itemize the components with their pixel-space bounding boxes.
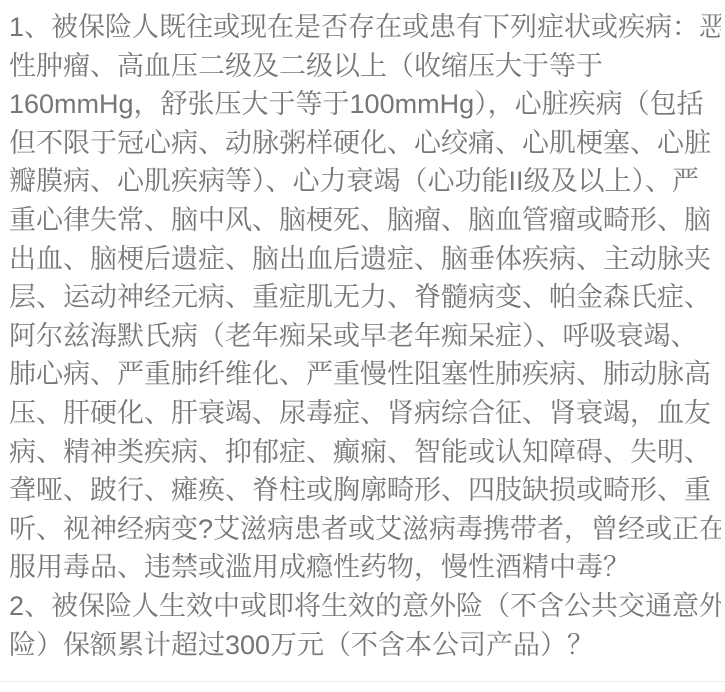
- question-text-line: 瓣膜病、心肌疾病等）、心力衰竭（心功能II级及以上）、严: [9, 162, 721, 201]
- question-text-line: 2、被保险人生效中或即将生效的意外险（不含公共交通意外: [9, 587, 721, 626]
- question-text-line: 听、视神经病变?艾滋病患者或艾滋病毒携带者，曾经或正在: [9, 510, 721, 549]
- question-text-line: 1、被保险人既往或现在是否存在或患有下列症状或疾病：恶: [9, 8, 721, 47]
- question-text-line: 肺心病、严重肺纤维化、严重慢性阻塞性肺疾病、肺动脉高: [9, 355, 721, 394]
- question-text-line: 压、肝硬化、肝衰竭、尿毒症、肾病综合征、肾衰竭，血友: [9, 394, 721, 433]
- question-text-line: 聋哑、跛行、瘫痪、脊柱或胸廓畸形、四肢缺损或畸形、重: [9, 471, 721, 510]
- question-text-line: 160mmHg，舒张压大于等于100mmHg），心脏疾病（包括: [9, 85, 721, 124]
- question-text-line: 层、运动神经元病、重症肌无力、脊髓病变、帕金森氏症、: [9, 278, 721, 317]
- health-questionnaire-page: 1、被保险人既往或现在是否存在或患有下列症状或疾病：恶 性肿瘤、高血压二级及二级…: [0, 0, 725, 692]
- question-text-line: 性肿瘤、高血压二级及二级以上（收缩压大于等于: [9, 47, 721, 86]
- question-text-line: 阿尔兹海默氏病（老年痴呆或早老年痴呆症）、呼吸衰竭、: [9, 317, 721, 356]
- question-1: 1、被保险人既往或现在是否存在或患有下列症状或疾病：恶 性肿瘤、高血压二级及二级…: [9, 8, 721, 587]
- question-text-line: 重心律失常、脑中风、脑梗死、脑瘤、脑血管瘤或畸形、脑: [9, 201, 721, 240]
- question-text-line: 服用毒品、违禁或滥用成瘾性药物，慢性酒精中毒？: [9, 548, 721, 587]
- question-2: 2、被保险人生效中或即将生效的意外险（不含公共交通意外 险）保额累计超过300万…: [9, 587, 721, 664]
- questionnaire-text: 1、被保险人既往或现在是否存在或患有下列症状或疾病：恶 性肿瘤、高血压二级及二级…: [9, 8, 721, 664]
- bottom-divider: [0, 681, 725, 682]
- question-text-line: 出血、脑梗后遗症、脑出血后遗症、脑垂体疾病、主动脉夹: [9, 240, 721, 279]
- question-text-line: 险）保额累计超过300万元（不含本公司产品）？: [9, 626, 721, 665]
- question-text-line: 但不限于冠心病、动脉粥样硬化、心绞痛、心肌梗塞、心脏: [9, 124, 721, 163]
- question-text-line: 病、精神类疾病、抑郁症、癫痫、智能或认知障碍、失明、: [9, 433, 721, 472]
